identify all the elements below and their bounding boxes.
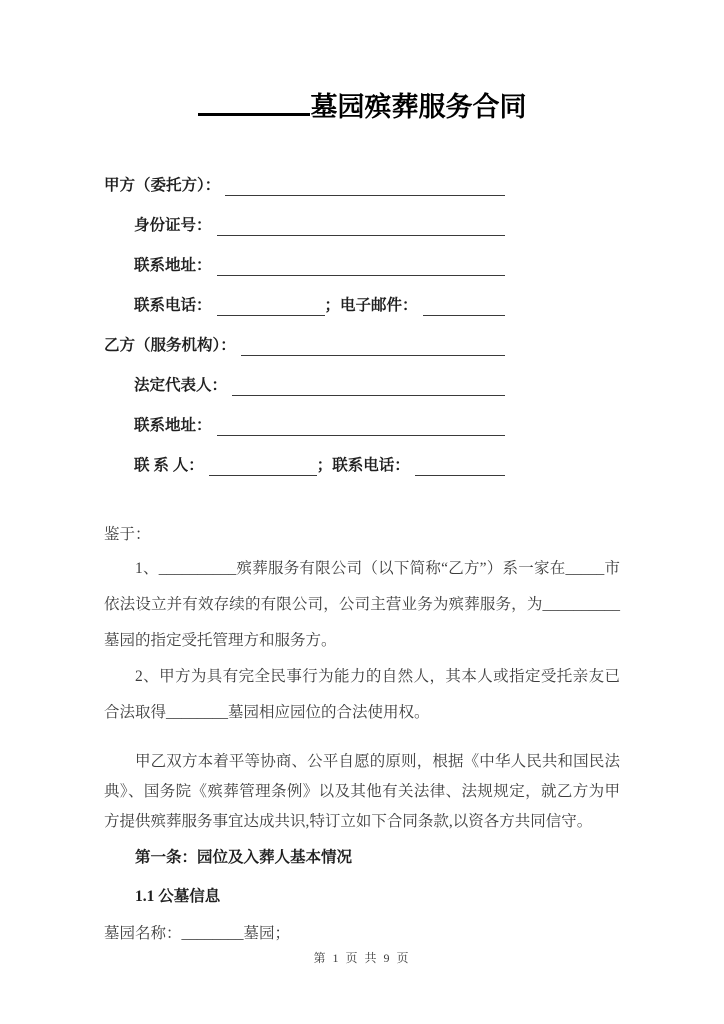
whereas-item-1: 1、__________殡葬服务有限公司（以下简称“乙方”）系一家在_____市… <box>104 551 620 659</box>
party-a-email-label: ；电子邮件： <box>325 295 418 316</box>
legal-rep-row: 法定代表人： <box>134 374 505 396</box>
legal-rep-label: 法定代表人： <box>134 375 227 396</box>
party-a-email-blank-line <box>423 294 505 316</box>
title-blank-line <box>198 109 310 116</box>
contract-preamble: 甲乙双方本着平等协商、公平自愿的原则，根据《中华人民共和国民法典》、国务院《殡葬… <box>104 747 620 837</box>
party-b-contact-label: 联 系 人： <box>134 455 204 476</box>
party-a-phone-email-row: 联系电话： ；电子邮件： <box>134 294 505 316</box>
party-b-phone-label: ；联系电话： <box>317 455 410 476</box>
party-b-phone-blank-line <box>415 454 505 476</box>
party-a-phone-label: 联系电话： <box>134 295 212 316</box>
contract-title-text: 墓园殡葬服务合同 <box>311 92 527 122</box>
party-b-blank-line <box>241 334 505 356</box>
party-a-address-blank-line <box>217 254 505 276</box>
party-b-contact-row: 联 系 人： ；联系电话： <box>134 454 505 476</box>
whereas-item-2: 2、甲方为具有完全民事行为能力的自然人，其本人或指定受托亲友已合法取得_____… <box>104 659 620 731</box>
party-a-address-row: 联系地址： <box>134 254 505 276</box>
party-b-row: 乙方（服务机构）： <box>104 334 505 356</box>
contract-title: 墓园殡葬服务合同 <box>104 90 620 124</box>
party-a-blank-line <box>225 174 505 196</box>
party-b-address-blank-line <box>217 414 505 436</box>
cemetery-name-line: 墓园名称：________墓园； <box>104 923 620 944</box>
legal-rep-blank-line <box>232 374 505 396</box>
contract-document-page: 墓园殡葬服务合同 甲方（委托方）： 身份证号： 联系地址： 联系电话： ；电子邮… <box>0 0 724 1024</box>
section-1-1-heading: 1.1 公墓信息 <box>104 886 620 907</box>
party-a-row: 甲方（委托方）： <box>104 174 505 196</box>
id-number-row: 身份证号： <box>134 214 505 236</box>
party-b-address-row: 联系地址： <box>134 414 505 436</box>
party-a-phone-blank-line <box>217 294 325 316</box>
party-a-label: 甲方（委托方）： <box>104 175 220 196</box>
party-b-address-label: 联系地址： <box>134 415 212 436</box>
party-b-label: 乙方（服务机构）： <box>104 335 236 356</box>
party-b-contact-blank-line <box>209 454 317 476</box>
party-a-address-label: 联系地址： <box>134 255 212 276</box>
id-number-label: 身份证号： <box>134 215 212 236</box>
id-number-blank-line <box>217 214 505 236</box>
page-number-indicator: 第 1 页 共 9 页 <box>0 949 724 966</box>
article-1-heading: 第一条：园位及入葬人基本情况 <box>104 847 620 868</box>
whereas-heading: 鉴于： <box>104 524 620 545</box>
